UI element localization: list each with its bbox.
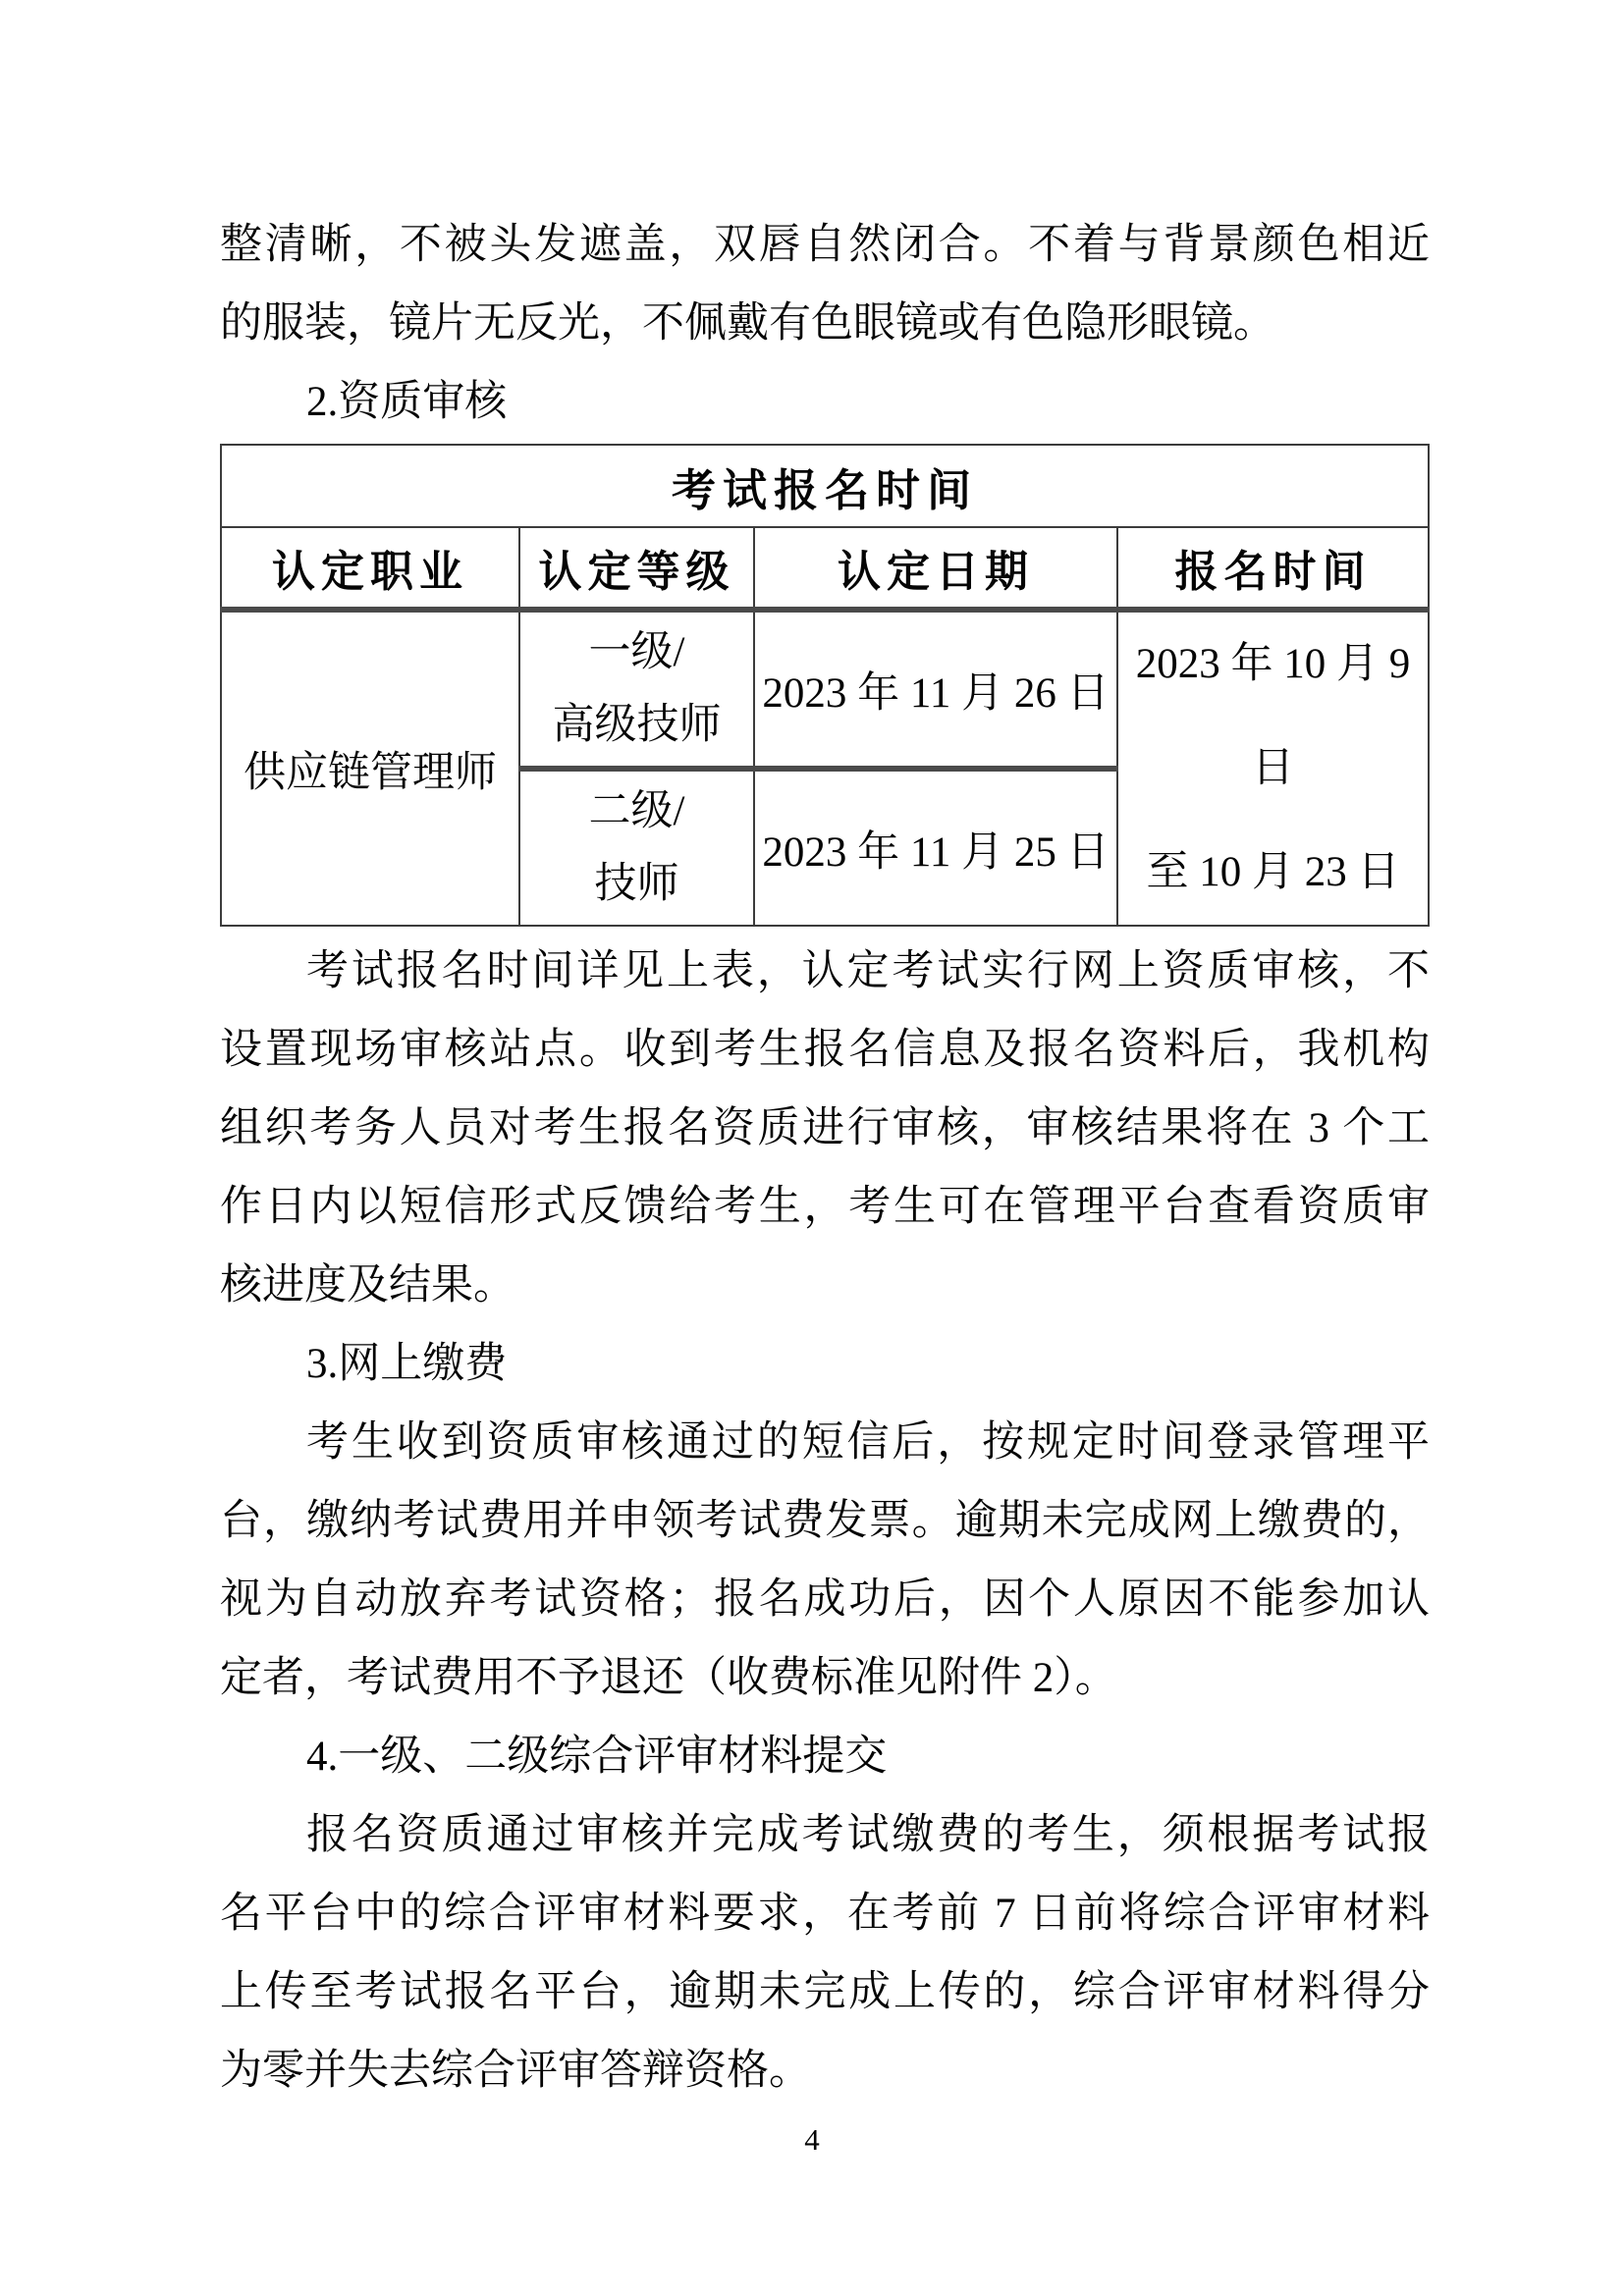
level-line: 二级/ <box>520 775 753 848</box>
paragraph-line: 的服装，镜片无反光，不佩戴有色眼镜或有色隐形眼镜。 <box>220 285 1430 363</box>
paragraph-line: 名平台中的综合评审材料要求，在考前 7 日前将综合评审材料 <box>220 1875 1430 1953</box>
table-cell-level-2: 二级/ 技师 <box>519 769 754 926</box>
table-cell-level-1: 一级/ 高级技师 <box>519 610 754 769</box>
level-line: 一级/ <box>520 616 753 689</box>
table-header-occupation: 认定职业 <box>221 527 519 610</box>
paragraph-line: 考试报名时间详见上表，认定考试实行网上资质审核，不 <box>220 933 1430 1011</box>
table-cell-date-1: 2023 年 11 月 26 日 <box>754 610 1117 769</box>
registration-time-line: 2023 年 10 月 9 日 <box>1118 613 1428 821</box>
table-header-date: 认定日期 <box>754 527 1117 610</box>
paragraph-line: 报名资质通过审核并完成考试缴费的考生，须根据考试报 <box>220 1796 1430 1875</box>
paragraph-payment: 考生收到资质审核通过的短信后，按规定时间登录管理平 台，缴纳考试费用并申领考试费… <box>220 1404 1430 1718</box>
table-cell-occupation: 供应链管理师 <box>221 610 519 926</box>
level-line: 高级技师 <box>520 689 753 762</box>
section-heading-qualification-review: 2.资质审核 <box>220 363 1430 442</box>
section-heading-materials-submission: 4.一级、二级综合评审材料提交 <box>220 1718 1430 1796</box>
table-header-level: 认定等级 <box>519 527 754 610</box>
section-heading-online-payment: 3.网上缴费 <box>220 1325 1430 1404</box>
exam-registration-time-table: 考试报名时间 认定职业 认定等级 认定日期 报名时间 供应链管理师 一级/ 高级… <box>220 444 1430 927</box>
document-body: 整清晰，不被头发遮盖，双唇自然闭合。不着与背景颜色相近 的服装，镜片无反光，不佩… <box>220 206 1430 2110</box>
paragraph-review: 考试报名时间详见上表，认定考试实行网上资质审核，不 设置现场审核站点。收到考生报… <box>220 933 1430 1325</box>
registration-time-line: 至 10 月 23 日 <box>1118 821 1428 925</box>
paragraph-line: 台，缴纳考试费用并申领考试费发票。逾期未完成网上缴费的， <box>220 1482 1430 1561</box>
document-page: 整清晰，不被头发遮盖，双唇自然闭合。不着与背景颜色相近 的服装，镜片无反光，不佩… <box>0 0 1624 2296</box>
table-cell-date-2: 2023 年 11 月 25 日 <box>754 769 1117 926</box>
paragraph-line: 设置现场审核站点。收到考生报名信息及报名资料后，我机构 <box>220 1011 1430 1090</box>
paragraph-line: 视为自动放弃考试资格；报名成功后，因个人原因不能参加认 <box>220 1561 1430 1639</box>
table-header-registration-time: 报名时间 <box>1117 527 1429 610</box>
table-header-row: 认定职业 认定等级 认定日期 报名时间 <box>221 527 1429 610</box>
level-line: 技师 <box>520 848 753 921</box>
paragraph-line: 组织考务人员对考生报名资质进行审核，审核结果将在 3 个工 <box>220 1090 1430 1168</box>
paragraph-line: 核进度及结果。 <box>220 1247 1430 1325</box>
paragraph-line: 作日内以短信形式反馈给考生，考生可在管理平台查看资质审 <box>220 1168 1430 1247</box>
paragraph-line: 整清晰，不被头发遮盖，双唇自然闭合。不着与背景颜色相近 <box>220 206 1430 285</box>
page-number: 4 <box>0 2120 1624 2160</box>
paragraph-line: 为零并失去综合评审答辩资格。 <box>220 2032 1430 2110</box>
table-cell-registration-time: 2023 年 10 月 9 日 至 10 月 23 日 <box>1117 610 1429 926</box>
paragraph-materials: 报名资质通过审核并完成考试缴费的考生，须根据考试报 名平台中的综合评审材料要求，… <box>220 1796 1430 2110</box>
paragraph-line: 考生收到资质审核通过的短信后，按规定时间登录管理平 <box>220 1404 1430 1482</box>
table-title: 考试报名时间 <box>221 445 1429 527</box>
paragraph-line: 定者，考试费用不予退还（收费标准见附件 2）。 <box>220 1639 1430 1718</box>
paragraph-line: 上传至考试报名平台，逾期未完成上传的，综合评审材料得分 <box>220 1953 1430 2032</box>
table-row: 供应链管理师 一级/ 高级技师 2023 年 11 月 26 日 2023 年 … <box>221 610 1429 769</box>
table-title-row: 考试报名时间 <box>221 445 1429 527</box>
